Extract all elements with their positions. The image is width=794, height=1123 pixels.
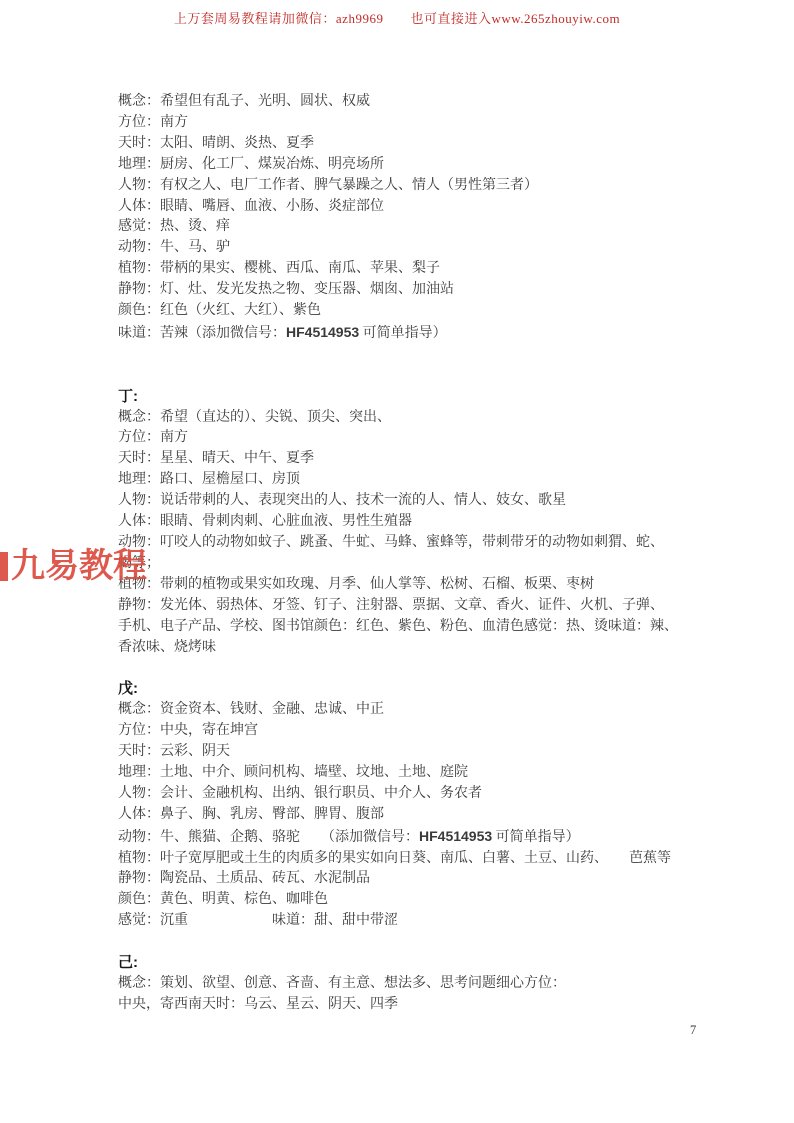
text-line: 味道：苦辣（添加微信号：HF4514953 可简单指导） bbox=[118, 322, 684, 345]
text-line: 人体：眼睛、嘴唇、血液、小肠、炎症部位 bbox=[118, 197, 684, 218]
section-heading: 己: bbox=[118, 953, 684, 974]
text-line: 方位：中央，寄在坤宫 bbox=[118, 721, 684, 742]
text-line: 概念：策划、欲望、创意、吝啬、有主意、想法多、思考问题细心方位： bbox=[118, 974, 684, 995]
text-line: 动物：牛、马、驴 bbox=[118, 238, 684, 259]
text-line: 地理：路口、屋檐屋口、房顶 bbox=[118, 470, 684, 491]
text-line: 香浓味、烧烤味 bbox=[118, 638, 684, 659]
text-line: 天时：太阳、晴朗、炎热、夏季 bbox=[118, 134, 684, 155]
watermark-clipped-glyph bbox=[0, 552, 8, 581]
text-line: 概念：希望（直达的）、尖锐、顶尖、突出、 bbox=[118, 408, 684, 429]
section-heading: 戊: bbox=[118, 679, 684, 700]
watermark: 九易教程 bbox=[0, 549, 147, 583]
text-line: 蝎等； bbox=[118, 554, 684, 575]
text-line: 植物：带柄的果实、樱桃、西瓜、南瓜、苹果、梨子 bbox=[118, 259, 684, 280]
text-line: 颜色：红色（火红、大红）、紫色 bbox=[118, 301, 684, 322]
text-line: 动物：叮咬人的动物如蚊子、跳蚤、牛虻、马蜂、蜜蜂等，带刺带牙的动物如刺猬、蛇、 bbox=[118, 533, 684, 554]
text-line: 天时：星星、晴天、中午、夏季 bbox=[118, 449, 684, 470]
text-line: 方位：南方 bbox=[118, 113, 684, 134]
page-number: 7 bbox=[690, 1023, 696, 1038]
text-line: 人体：眼睛、骨刺肉刺、心脏血液、男性生殖器 bbox=[118, 512, 684, 533]
section-heading: 丁: bbox=[118, 387, 684, 408]
text-line: 中央，寄西南天时：乌云、星云、阴天、四季 bbox=[118, 995, 684, 1016]
text-line: 植物：带刺的植物或果实如玫瑰、月季、仙人掌等、松树、石榴、板栗、枣树 bbox=[118, 575, 684, 596]
blank-line bbox=[118, 366, 684, 387]
text-line: 静物：灯、灶、发光发热之物、变压器、烟囱、加油站 bbox=[118, 280, 684, 301]
text-line: 地理：土地、中介、顾问机构、墙壁、坟地、土地、庭院 bbox=[118, 763, 684, 784]
text-line: 人物：说话带刺的人、表现突出的人、技术一流的人、情人、妓女、歌星 bbox=[118, 491, 684, 512]
text-line: 方位：南方 bbox=[118, 428, 684, 449]
text-line: 人体：鼻子、胸、乳房、臀部、脾胃、腹部 bbox=[118, 805, 684, 826]
text-line: 人物：有权之人、电厂工作者、脾气暴躁之人、情人（男性第三者） bbox=[118, 176, 684, 197]
text-line: 感觉：热、烫、痒 bbox=[118, 217, 684, 238]
watermark-text: 九易教程 bbox=[11, 549, 147, 583]
blank-line bbox=[118, 345, 684, 366]
text-line: 感觉：沉重 味道：甜、甜中带涩 bbox=[118, 911, 684, 932]
text-line: 概念：希望但有乱子、光明、圆状、权威 bbox=[118, 92, 684, 113]
text-line: 颜色：黄色、明黄、棕色、咖啡色 bbox=[118, 890, 684, 911]
text-line: 动物：牛、熊猫、企鹅、骆驼 （添加微信号：HF4514953 可简单指导） bbox=[118, 826, 684, 849]
blank-line bbox=[118, 658, 684, 679]
text-line: 概念：资金资本、钱财、金融、忠诚、中正 bbox=[118, 700, 684, 721]
text-line: 地理：厨房、化工厂、煤炭冶炼、明亮场所 bbox=[118, 155, 684, 176]
document-body: 概念：希望但有乱子、光明、圆状、权威方位：南方天时：太阳、晴朗、炎热、夏季地理：… bbox=[118, 92, 684, 1016]
text-line: 静物：陶瓷品、土质品、砖瓦、水泥制品 bbox=[118, 869, 684, 890]
text-line: 手机、电子产品、学校、图书馆颜色：红色、紫色、粉色、血清色感觉：热、烫味道：辣、 bbox=[118, 617, 684, 638]
text-line: 静物：发光体、弱热体、牙签、钉子、注射器、票据、文章、香火、证件、火机、子弹、 bbox=[118, 596, 684, 617]
document-page: 上万套周易教程请加微信：azh9969 也可直接进入www.265zhouyiw… bbox=[0, 0, 794, 1123]
text-line: 天时：云彩、阴天 bbox=[118, 742, 684, 763]
promo-header-text: 上万套周易教程请加微信：azh9969 也可直接进入www.265zhouyiw… bbox=[0, 8, 794, 27]
text-line: 植物：叶子宽厚肥或土生的肉质多的果实如向日葵、南瓜、白薯、土豆、山药、 芭蕉等 bbox=[118, 849, 684, 870]
text-line: 人物：会计、金融机构、出纳、银行职员、中介人、务农者 bbox=[118, 784, 684, 805]
blank-line bbox=[118, 932, 684, 953]
